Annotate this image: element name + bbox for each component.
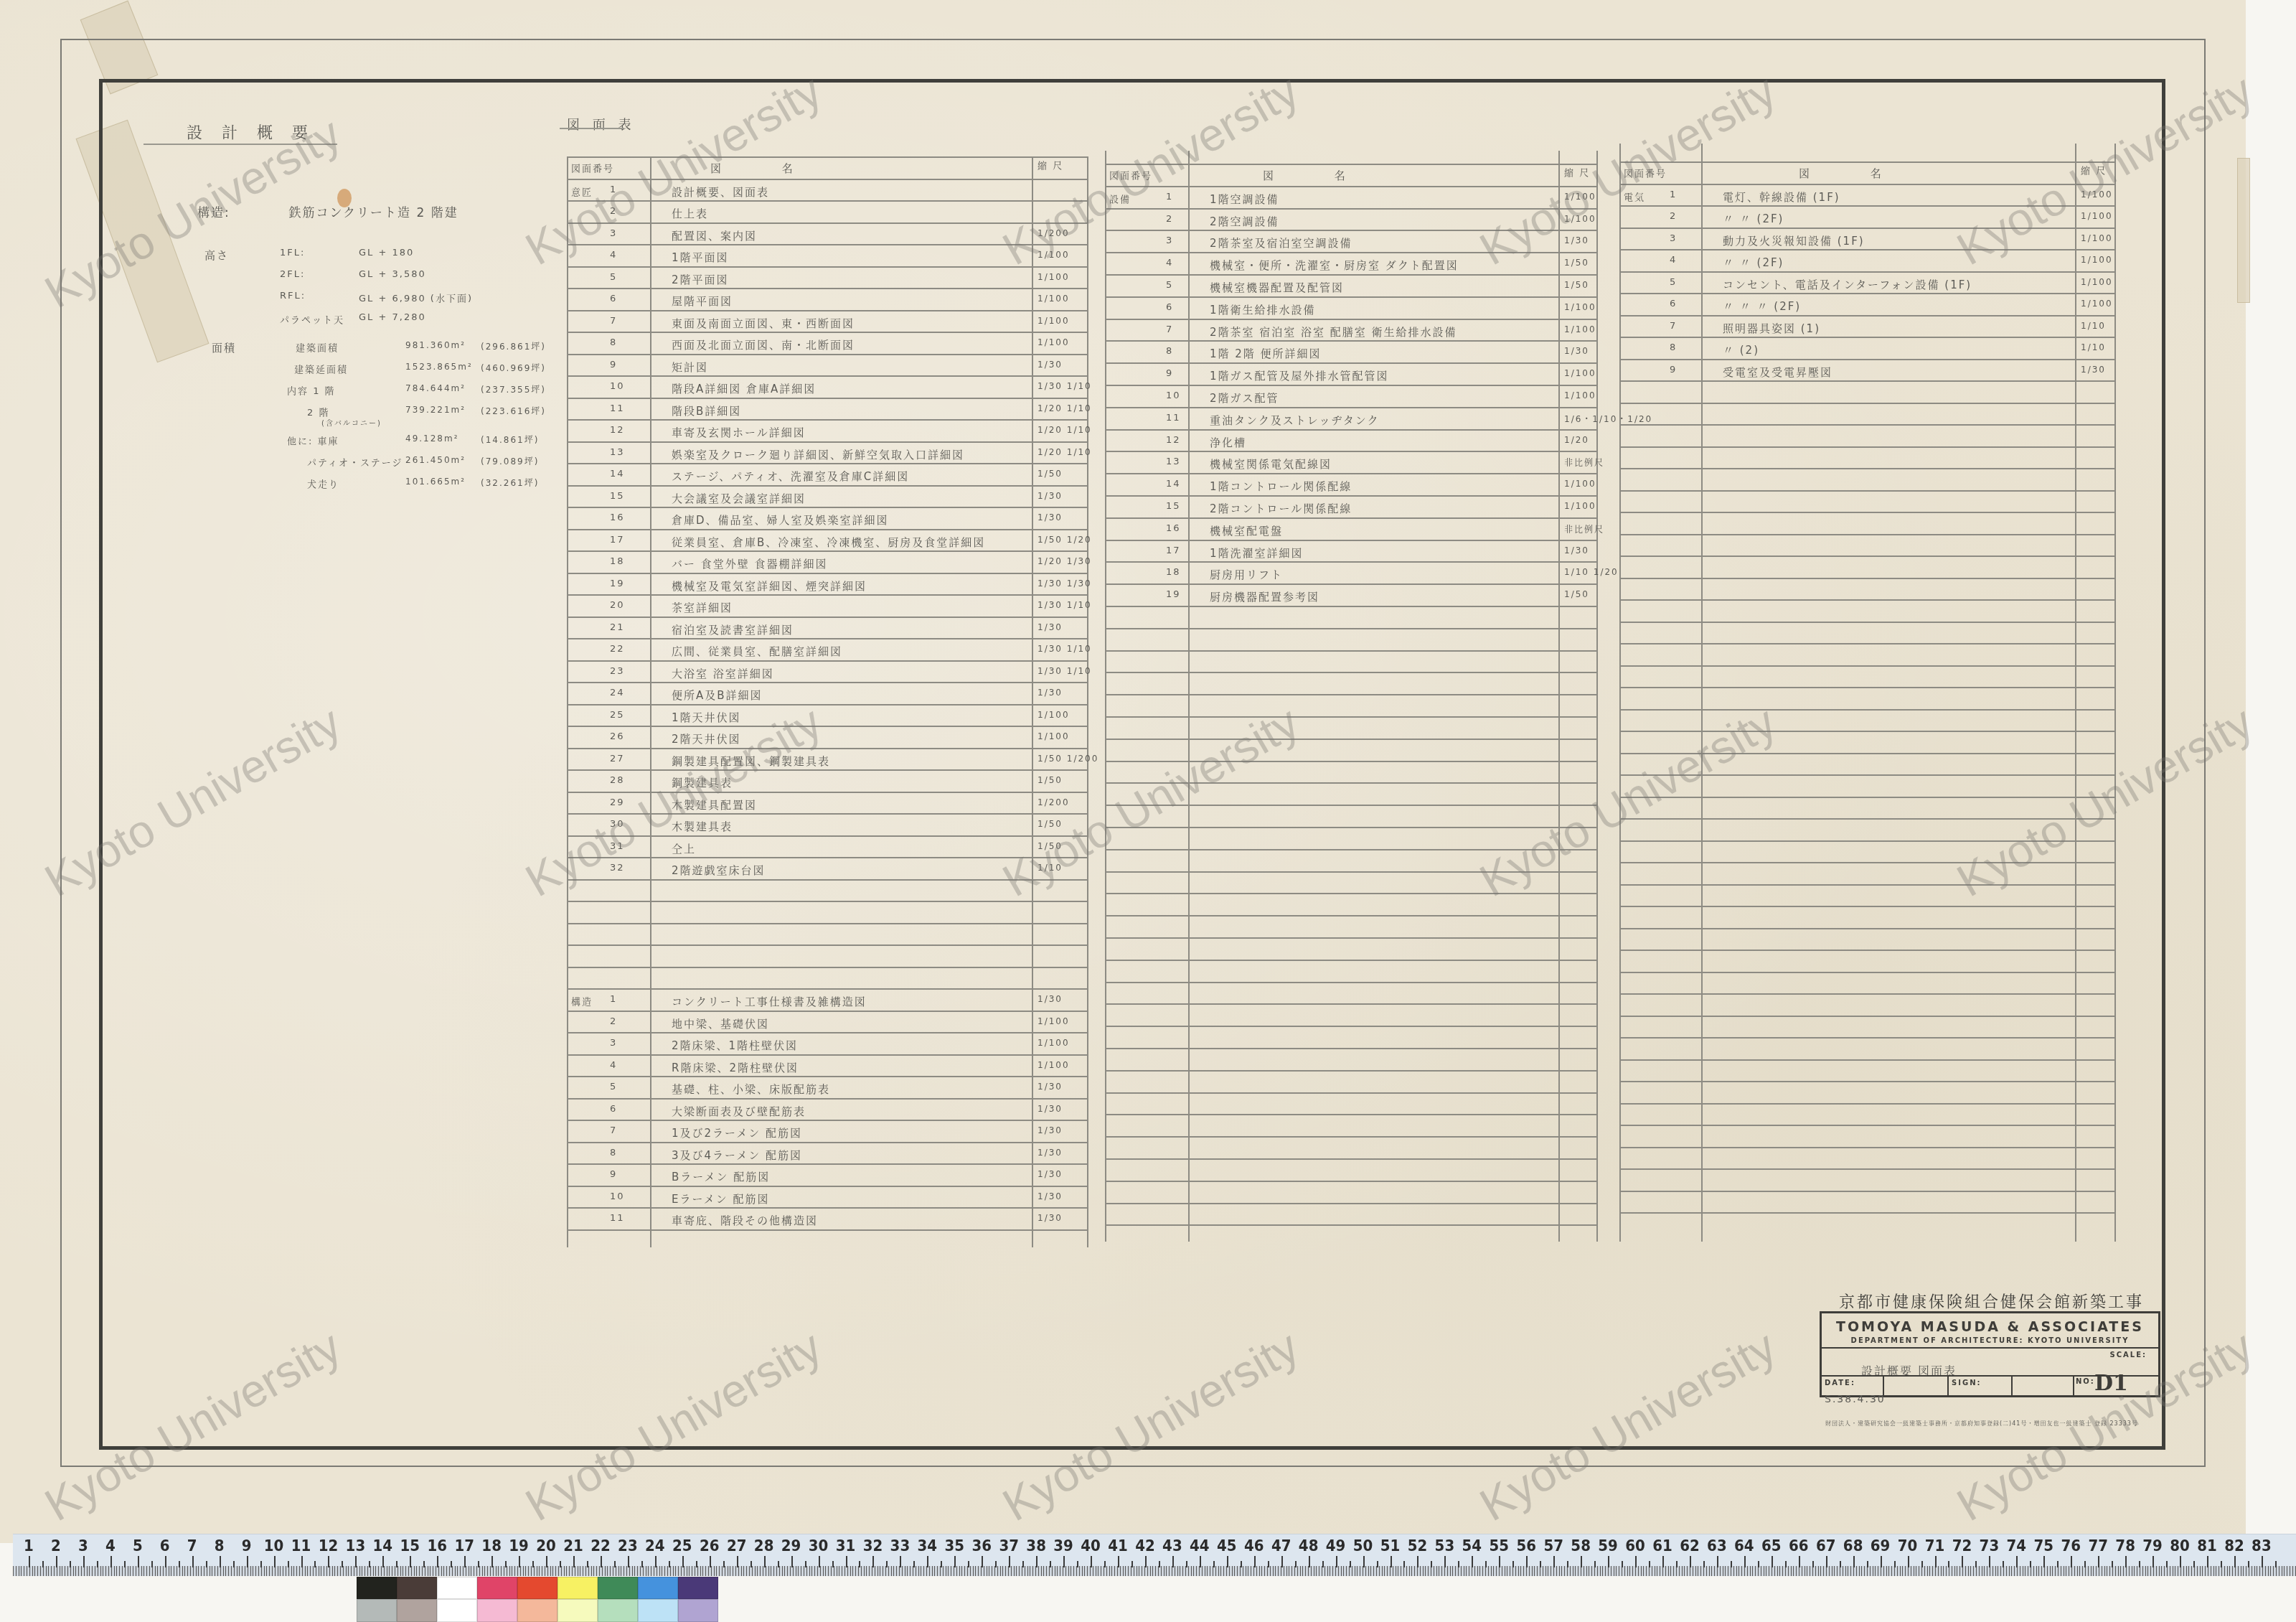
color-swatch <box>517 1599 557 1622</box>
row-name: 1階洗濯室詳細図 <box>1210 545 1304 561</box>
row-scale: 1/100 <box>1038 316 1070 326</box>
ruler-tick-cm <box>1036 1556 1038 1567</box>
row-name: 東面及南面立面図、東・西断面図 <box>672 316 855 331</box>
ruler-tick-half <box>42 1561 44 1567</box>
row-line <box>567 1054 1087 1056</box>
area-row-tsubo: (460.969坪) <box>481 362 546 374</box>
row-line <box>1619 928 2114 929</box>
row-line <box>1619 906 2114 907</box>
ruler-number: 55 <box>1490 1537 1510 1555</box>
ruler-number: 68 <box>1843 1537 1863 1555</box>
row-name: 仝上 <box>672 841 696 856</box>
row-number: 26 <box>610 731 625 742</box>
ruler-number: 73 <box>1980 1537 2000 1555</box>
ruler-tick-half <box>1540 1561 1541 1567</box>
row-line <box>567 1163 1087 1165</box>
row-scale: 1/30 <box>1038 1125 1063 1135</box>
color-swatch <box>397 1599 437 1622</box>
row-name: 〃 (2) <box>1723 342 1759 357</box>
row-number: 7 <box>1166 324 1173 335</box>
row-number: 17 <box>610 535 625 545</box>
ruler-tick-cm <box>2180 1556 2181 1567</box>
row-name: 従業員室、倉庫B、冷凍室、冷凍機室、厨房及食堂詳細図 <box>672 535 985 550</box>
row-line <box>567 1142 1087 1143</box>
ruler-number: 50 <box>1353 1537 1373 1555</box>
row-line <box>1619 512 2114 513</box>
ruler-number: 10 <box>264 1537 284 1555</box>
row-line <box>1619 1147 2114 1148</box>
ruler-tick-cm <box>1989 1556 1990 1567</box>
ruler-number: 46 <box>1244 1537 1264 1555</box>
ruler-tick-cm <box>1717 1556 1718 1567</box>
column-line <box>1619 144 1621 1242</box>
ruler-tick-cm <box>1553 1556 1555 1567</box>
row-line <box>1105 1003 1596 1005</box>
row-scale: 1/50 <box>1564 258 1589 268</box>
ruler-tick-half <box>2084 1561 2086 1567</box>
ruler-number: 69 <box>1871 1537 1891 1555</box>
row-number: 16 <box>610 512 625 523</box>
ruler-tick-half <box>1948 1561 1949 1567</box>
ruler-number: 13 <box>346 1537 366 1555</box>
ruler-tick-cm <box>1444 1556 1446 1567</box>
row-number: 9 <box>610 360 617 370</box>
row-line <box>567 617 1087 618</box>
ruler-number: 57 <box>1543 1537 1563 1555</box>
ruler-tick-cm <box>2262 1556 2263 1567</box>
ruler-number: 35 <box>945 1537 965 1555</box>
row-line <box>1619 1059 2114 1061</box>
row-line <box>1105 937 1596 939</box>
row-name: 〃 〃 (2F) <box>1723 211 1784 226</box>
height-row-label: パラペット天 <box>280 312 344 326</box>
row-line <box>567 419 1087 421</box>
ruler-tick-cm <box>927 1556 928 1567</box>
row-line <box>567 332 1087 333</box>
ruler-tick-cm <box>1608 1556 1609 1567</box>
ruler-tick-half <box>1512 1561 1514 1567</box>
ruler-tick-half <box>1403 1561 1405 1567</box>
ruler-tick-half <box>723 1561 725 1567</box>
ruler-number: 2 <box>51 1537 61 1555</box>
ruler-tick-half <box>1377 1561 1378 1567</box>
row-name: 照明器具姿図 (1) <box>1723 321 1820 336</box>
drawing-list-table: 図面番号図 名縮 尺意匠1設計概要、図面表2仕上表3配置図、案内図1/20041… <box>567 156 1087 1247</box>
ruler-tick-cm <box>819 1556 820 1567</box>
column-line <box>2075 144 2076 1242</box>
row-scale: 1/30 <box>1038 688 1063 698</box>
color-swatch <box>678 1599 718 1622</box>
row-line <box>1619 293 2114 294</box>
date-value: S.38.4.30 <box>1825 1394 1886 1405</box>
ruler-number: 36 <box>971 1537 992 1555</box>
color-swatch <box>357 1599 397 1622</box>
ruler-tick-half <box>342 1561 343 1567</box>
row-scale: 1/10 <box>2081 342 2106 352</box>
row-line <box>567 901 1087 902</box>
row-scale: 1/30 1/10 <box>1038 600 1092 610</box>
row-number: 3 <box>1166 235 1173 246</box>
row-number: 13 <box>1166 456 1181 467</box>
row-line <box>567 660 1087 662</box>
row-name: 1階コントロール関係配線 <box>1210 479 1352 494</box>
row-name: 2階平面図 <box>672 272 729 287</box>
row-name: 3及び4ラーメン 配筋図 <box>672 1148 802 1163</box>
row-number: 13 <box>610 447 625 458</box>
ruler-tick-cm <box>220 1556 221 1567</box>
ruler-number: 14 <box>373 1537 393 1555</box>
row-scale: 1/30 <box>1038 1213 1063 1223</box>
area-row-note: (含バルコニー) <box>321 417 382 428</box>
ruler-tick-cm <box>1172 1556 1174 1567</box>
ruler-number: 61 <box>1652 1537 1672 1555</box>
row-number: 8 <box>610 1148 617 1158</box>
area-row-value: 739.221m² <box>405 405 466 415</box>
row-number: 12 <box>610 425 625 436</box>
row-line <box>1105 1203 1596 1204</box>
ruler-number: 19 <box>509 1537 529 1555</box>
row-line <box>1105 1070 1596 1072</box>
ruler-tick-half <box>1785 1561 1787 1567</box>
ruler-tick-half <box>1485 1561 1487 1567</box>
ruler-number: 22 <box>591 1537 611 1555</box>
ruler-tick-half <box>1241 1561 1242 1567</box>
project-title: 京都市健康保険組合健保会館新築工事 <box>1839 1290 2144 1312</box>
row-name: 2階コントロール関係配線 <box>1210 501 1352 516</box>
row-number: 19 <box>1166 589 1181 600</box>
ruler-tick-half <box>233 1561 235 1567</box>
ruler-number: 33 <box>890 1537 911 1555</box>
ruler-tick-cm <box>546 1556 547 1567</box>
row-scale: 1/50 1/20 <box>1038 535 1092 545</box>
ruler-tick-half <box>478 1561 479 1567</box>
ruler-tick-cm <box>1881 1556 1882 1567</box>
ruler-number: 17 <box>454 1537 474 1555</box>
ruler-number: 21 <box>563 1537 583 1555</box>
row-scale: 1/50 <box>1564 589 1589 599</box>
row-name: 1階天井伏図 <box>672 710 741 725</box>
row-name: 1階ガス配管及屋外排水管配管図 <box>1210 368 1389 383</box>
header-name: 図 名 <box>1799 166 1910 181</box>
ruler-tick-half <box>1131 1561 1133 1567</box>
area-row-label: 内容 1 階 <box>287 383 336 397</box>
ruler-tick-cm <box>846 1556 847 1567</box>
row-scale: 1/30 <box>1038 512 1063 522</box>
drawing-sheet: 設 計 概 要 構造: 鉄筋コンクリート造 2 階建 高さ1FL:GL + 18… <box>0 0 2246 1543</box>
row-name: 機械室及電気室詳細図、煙突詳細図 <box>672 578 867 594</box>
row-scale: 1/20 1/10 <box>1038 425 1092 435</box>
row-name: コンセント、電話及インターフォン設備 (1F) <box>1723 277 1972 292</box>
ruler-number: 38 <box>1026 1537 1046 1555</box>
row-scale: 1/30 <box>1564 235 1589 245</box>
row-number: 17 <box>1166 545 1181 556</box>
column-line <box>1701 144 1703 1242</box>
row-scale: 1/30 <box>1038 491 1063 501</box>
ruler-tick-half <box>1649 1561 1650 1567</box>
area-row-tsubo: (223.616坪) <box>481 405 546 417</box>
row-name: 重油タンク及ストレッヂタンク <box>1210 413 1380 428</box>
ruler-tick-half <box>151 1561 153 1567</box>
row-line <box>1105 274 1596 276</box>
row-line <box>1105 982 1596 983</box>
row-scale: 1/100 <box>2081 211 2113 221</box>
row-number: 5 <box>610 272 617 283</box>
ruler-tick-cm <box>2043 1556 2045 1567</box>
row-name: 1階衛生給排水設備 <box>1210 302 1316 317</box>
row-line <box>567 1032 1087 1033</box>
row-number: 20 <box>610 600 625 611</box>
ruler-tick-half <box>70 1561 71 1567</box>
ruler-number: 43 <box>1162 1537 1182 1555</box>
row-line <box>1619 555 2114 557</box>
row-scale: 1/30 <box>1038 994 1063 1004</box>
ruler-tick-cm <box>301 1556 303 1567</box>
column-line <box>650 156 651 1247</box>
ruler-tick-cm <box>1499 1556 1500 1567</box>
row-number: 15 <box>1166 501 1181 512</box>
row-line <box>1619 380 2114 382</box>
row-number: 10 <box>1166 390 1181 401</box>
row-scale: 1/100 <box>1038 294 1070 304</box>
ruler-tick-half <box>1268 1561 1269 1567</box>
row-name: 電灯、幹線設備 (1F) <box>1723 189 1840 205</box>
row-line <box>567 923 1087 924</box>
ruler-number: 25 <box>672 1537 692 1555</box>
row-scale: 1/10 1/20 <box>1564 567 1619 577</box>
ruler-tick-half <box>641 1561 643 1567</box>
row-name: 厨房機器配置参考図 <box>1210 589 1319 604</box>
ruler-tick-half <box>941 1561 942 1567</box>
row-scale: 1/20 1/30 <box>1038 556 1092 566</box>
row-number: 4 <box>610 250 617 261</box>
row-line <box>567 988 1087 990</box>
row-number: 28 <box>610 775 625 786</box>
ruler-tick-cm <box>1254 1556 1256 1567</box>
scale-label: SCALE: <box>2110 1351 2147 1359</box>
equipment-table: 図面番号図 名縮 尺設備11階空調設備1/10022階空調設備1/10032階茶… <box>1105 151 1596 1242</box>
row-line <box>1105 960 1596 961</box>
row-line <box>1105 1114 1596 1115</box>
row-name: 厨房用リフト <box>1210 567 1283 582</box>
row-line <box>567 594 1087 596</box>
row-scale: 1/100 <box>1564 302 1596 312</box>
row-line <box>567 573 1087 574</box>
ruler-tick-cm <box>2207 1556 2208 1567</box>
row-line <box>567 463 1087 464</box>
ruler-tick-cm <box>954 1556 956 1567</box>
ruler-number: 27 <box>727 1537 747 1555</box>
row-number: 23 <box>610 666 625 677</box>
row-line <box>567 967 1087 968</box>
row-line <box>1105 1048 1596 1049</box>
ruler-tick-half <box>1295 1561 1297 1567</box>
row-name: 基礎、柱、小梁、床版配筋表 <box>672 1082 830 1097</box>
row-name: Eラーメン 配筋図 <box>672 1191 770 1206</box>
row-line <box>1619 1212 2114 1214</box>
ruler-tick-cm <box>2125 1556 2127 1567</box>
ruler-number: 78 <box>2115 1537 2135 1555</box>
color-swatch <box>477 1577 517 1599</box>
ruler-number: 3 <box>78 1537 88 1555</box>
row-name: 1階平面図 <box>672 250 729 265</box>
ruler-tick-cm <box>764 1556 766 1567</box>
row-name: 大浴室 浴室詳細図 <box>672 666 774 681</box>
row-line <box>1619 359 2114 360</box>
color-swatch <box>638 1577 678 1599</box>
row-number: 11 <box>610 403 625 414</box>
row-line <box>1105 319 1596 320</box>
ruler-tick-cm <box>1635 1556 1637 1567</box>
ruler-number: 60 <box>1625 1537 1645 1555</box>
row-name: 倉庫D、備品室、婦人室及娯楽室詳細図 <box>672 512 889 528</box>
ruler-tick-cm <box>710 1556 711 1567</box>
row-line <box>1619 884 2114 886</box>
ruler-tick-cm <box>1281 1556 1283 1567</box>
ruler-tick-cm <box>1935 1556 1937 1567</box>
row-name: 大梁断面表及び壁配筋表 <box>672 1104 806 1119</box>
ruler-tick-cm <box>1472 1556 1473 1567</box>
row-name: 地中梁、基礎伏図 <box>672 1016 769 1031</box>
row-line <box>567 288 1087 289</box>
row-name: R階床梁、2階柱壁伏図 <box>672 1060 799 1075</box>
row-scale: 1/30 <box>1038 1104 1063 1114</box>
row-number: 10 <box>610 1191 625 1202</box>
ruler-number: 28 <box>754 1537 774 1555</box>
row-line <box>1105 362 1596 364</box>
ruler-number: 4 <box>105 1537 116 1555</box>
row-number: 5 <box>610 1082 617 1092</box>
ruler-tick-half <box>97 1561 98 1567</box>
ruler-number: 31 <box>836 1537 856 1555</box>
ruler-tick-cm <box>83 1556 85 1567</box>
ruler-number: 82 <box>2224 1537 2244 1555</box>
row-scale: 1/100 <box>1038 272 1070 282</box>
row-line <box>1619 950 2114 951</box>
color-swatch <box>678 1577 718 1599</box>
row-line <box>1105 407 1596 408</box>
ruler-number: 53 <box>1435 1537 1455 1555</box>
ruler-tick-cm <box>410 1556 411 1567</box>
ruler-tick-half <box>532 1561 534 1567</box>
row-line <box>1105 296 1596 298</box>
row-name: 動力及火災報知設備 (1F) <box>1723 233 1865 248</box>
no-label: NO: <box>2076 1378 2095 1386</box>
header-scale: 縮 尺 <box>1038 158 1063 172</box>
row-number: 4 <box>610 1060 617 1071</box>
row-line <box>567 638 1087 639</box>
row-line <box>567 682 1087 683</box>
color-swatch <box>557 1599 598 1622</box>
row-line <box>1619 1168 2114 1170</box>
title-underline <box>560 128 624 129</box>
height-row-label: 2FL: <box>280 269 305 280</box>
row-line <box>1105 385 1596 386</box>
row-number: 18 <box>1166 567 1181 578</box>
row-number: 5 <box>1166 280 1173 291</box>
drawing-list-title: 図 面 表 <box>567 115 635 133</box>
row-scale: 1/30 <box>1038 1191 1063 1201</box>
ruler-number: 45 <box>1217 1537 1237 1555</box>
row-line <box>1619 446 2114 448</box>
row-name: 宿泊室及読書室詳細図 <box>672 622 794 637</box>
ruler-tick-half <box>124 1561 126 1567</box>
ruler-number: 12 <box>319 1537 339 1555</box>
row-number: 9 <box>610 1169 617 1180</box>
ruler-tick-cm <box>165 1556 166 1567</box>
row-line <box>1105 1158 1596 1160</box>
row-line <box>1619 1125 2114 1126</box>
structure-value: 鉄筋コンクリート造 2 階建 <box>288 202 458 220</box>
ruler-tick-cm <box>791 1556 793 1567</box>
ruler-tick-half <box>751 1561 752 1567</box>
row-name: 階段A詳細図 倉庫A詳細図 <box>672 381 816 396</box>
row-line <box>1105 1181 1596 1182</box>
ruler-number: 66 <box>1789 1537 1809 1555</box>
column-line <box>1596 151 1598 1242</box>
row-number: 8 <box>610 337 617 348</box>
row-line <box>1105 1026 1596 1027</box>
row-line <box>1619 709 2114 711</box>
ruler-tick-half <box>206 1561 207 1567</box>
row-line <box>1105 915 1596 917</box>
row-name: 茶室詳細図 <box>672 600 733 615</box>
ruler-tick-half <box>1594 1561 1596 1567</box>
ruler-number: 74 <box>2007 1537 2027 1555</box>
ruler-number: 40 <box>1081 1537 1101 1555</box>
row-line <box>1619 993 2114 995</box>
ruler-tick-half <box>2112 1561 2113 1567</box>
row-line <box>1105 739 1596 740</box>
row-line <box>1105 606 1596 607</box>
row-line <box>567 266 1087 268</box>
ruler-tick-cm <box>872 1556 874 1567</box>
ruler-tick-half <box>805 1561 806 1567</box>
row-name: 〃 〃 〃 (2F) <box>1723 299 1801 314</box>
row-number: 25 <box>610 710 625 721</box>
row-line <box>567 1186 1087 1187</box>
ruler-number: 77 <box>2088 1537 2108 1555</box>
ruler-tick-half <box>288 1561 289 1567</box>
ruler-number: 47 <box>1271 1537 1291 1555</box>
ruler-tick-half <box>2275 1561 2277 1567</box>
row-number: 18 <box>610 556 625 567</box>
ruler-tick-cm <box>1690 1556 1691 1567</box>
ruler-tick-cm <box>1363 1556 1365 1567</box>
area-row-value: 261.450m² <box>405 455 466 465</box>
ruler-tick-cm <box>328 1556 329 1567</box>
ruler-tick-half <box>396 1561 397 1567</box>
ruler-number: 29 <box>781 1537 801 1555</box>
row-name: 広間、従業員室、配膳室詳細図 <box>672 644 842 659</box>
row-scale: 1/100 <box>2081 277 2113 287</box>
row-scale: 1/30 <box>1038 1082 1063 1092</box>
ruler-tick-half <box>2139 1561 2140 1567</box>
ruler-number: 16 <box>427 1537 447 1555</box>
row-scale: 1/50 1/200 <box>1038 754 1098 764</box>
row-number: 24 <box>610 688 625 698</box>
ruler-number: 11 <box>291 1537 311 1555</box>
divider <box>2011 1377 2013 1395</box>
ruler-number: 18 <box>481 1537 502 1555</box>
ruler-tick-half <box>1104 1561 1106 1567</box>
ruler-tick-half <box>995 1561 997 1567</box>
column-line <box>1188 151 1190 1242</box>
ruler-tick-cm <box>737 1556 738 1567</box>
ruler-tick-cm <box>1581 1556 1582 1567</box>
row-line <box>1105 583 1596 585</box>
ruler-number: 52 <box>1408 1537 1428 1555</box>
row-scale: 1/100 <box>1564 479 1596 489</box>
